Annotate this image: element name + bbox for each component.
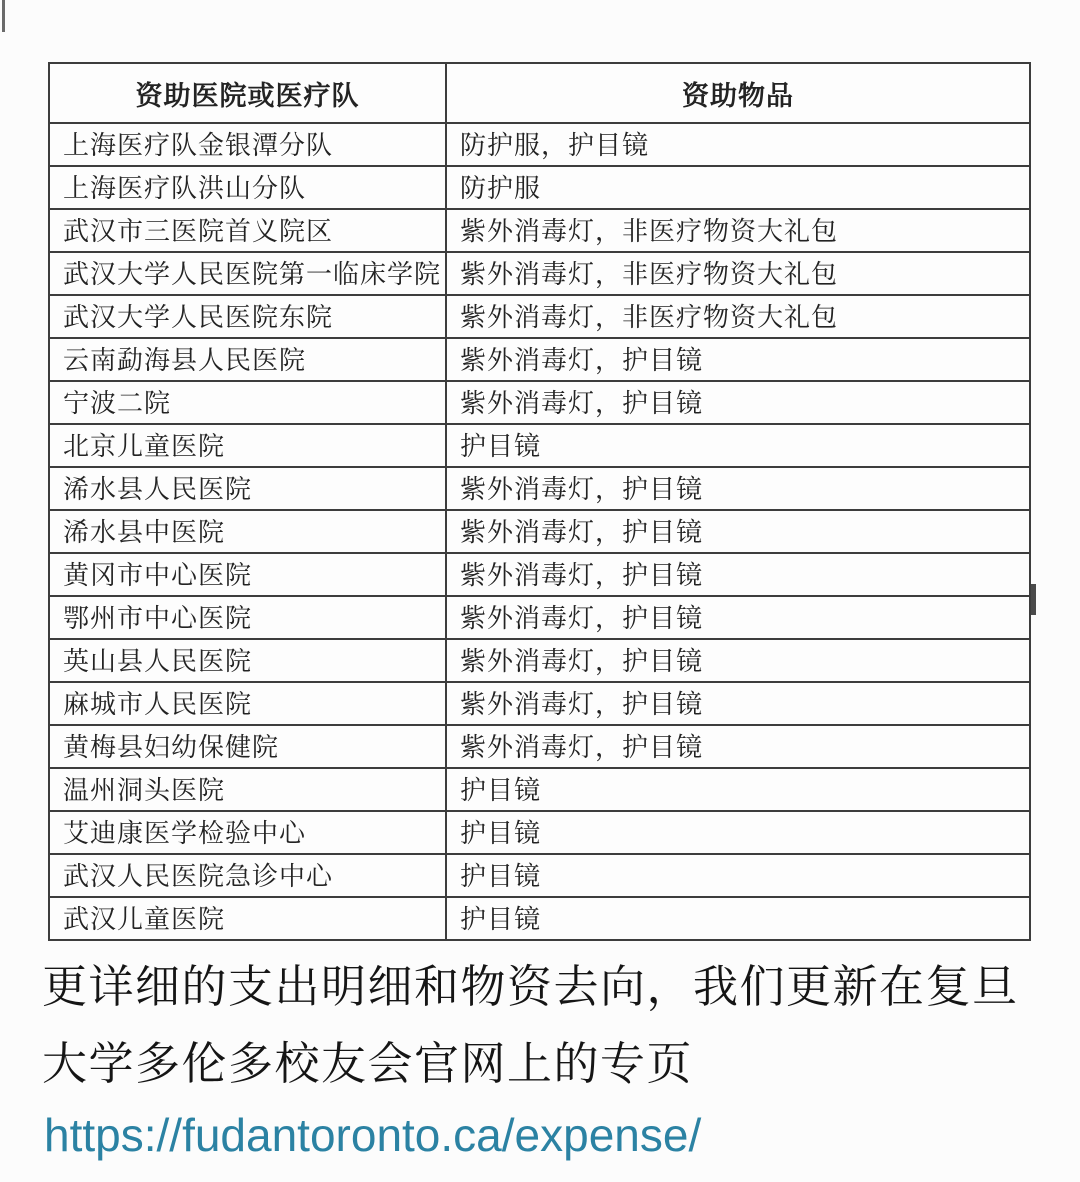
items-cell: 紫外消毒灯，护目镜: [446, 467, 1030, 510]
hospital-cell: 温州洞头医院: [49, 768, 446, 811]
items-cell: 紫外消毒灯，护目镜: [446, 725, 1030, 768]
items-cell: 护目镜: [446, 811, 1030, 854]
items-cell: 护目镜: [446, 424, 1030, 467]
items-cell: 护目镜: [446, 897, 1030, 940]
table-row: 浠水县人民医院紫外消毒灯，护目镜: [49, 467, 1030, 510]
items-cell: 紫外消毒灯，非医疗物资大礼包: [446, 209, 1030, 252]
table-row: 麻城市人民医院紫外消毒灯，护目镜: [49, 682, 1030, 725]
items-cell: 护目镜: [446, 854, 1030, 897]
header-items-column: 资助物品: [446, 63, 1030, 123]
hospital-cell: 黄冈市中心医院: [49, 553, 446, 596]
items-cell: 紫外消毒灯，护目镜: [446, 596, 1030, 639]
hospital-cell: 浠水县人民医院: [49, 467, 446, 510]
table-row: 上海医疗队洪山分队防护服: [49, 166, 1030, 209]
table-body: 上海医疗队金银潭分队防护服，护目镜上海医疗队洪山分队防护服武汉市三医院首义院区紫…: [49, 123, 1030, 940]
hospital-cell: 麻城市人民医院: [49, 682, 446, 725]
table-row: 黄梅县妇幼保健院紫外消毒灯，护目镜: [49, 725, 1030, 768]
table-row: 云南勐海县人民医院紫外消毒灯，护目镜: [49, 338, 1030, 381]
hospital-cell: 武汉大学人民医院东院: [49, 295, 446, 338]
hospital-cell: 宁波二院: [49, 381, 446, 424]
hospital-cell: 武汉市三医院首义院区: [49, 209, 446, 252]
header-hospital-column: 资助医院或医疗队: [49, 63, 446, 123]
items-cell: 紫外消毒灯，护目镜: [446, 510, 1030, 553]
items-cell: 紫外消毒灯，非医疗物资大礼包: [446, 295, 1030, 338]
items-cell: 紫外消毒灯，非医疗物资大礼包: [446, 252, 1030, 295]
items-cell: 紫外消毒灯，护目镜: [446, 338, 1030, 381]
expense-note-text: 更详细的支出明细和物资去向，我们更新在复旦大学多伦多校友会官网上的专页: [42, 948, 1050, 1102]
table-row: 浠水县中医院紫外消毒灯，护目镜: [49, 510, 1030, 553]
hospital-cell: 浠水县中医院: [49, 510, 446, 553]
hospital-cell: 云南勐海县人民医院: [49, 338, 446, 381]
table-row: 英山县人民医院紫外消毒灯，护目镜: [49, 639, 1030, 682]
hospital-cell: 英山县人民医院: [49, 639, 446, 682]
table-row: 温州洞头医院护目镜: [49, 768, 1030, 811]
table-row: 鄂州市中心医院紫外消毒灯，护目镜: [49, 596, 1030, 639]
hospital-cell: 北京儿童医院: [49, 424, 446, 467]
table-row: 武汉人民医院急诊中心护目镜: [49, 854, 1030, 897]
hospital-cell: 武汉人民医院急诊中心: [49, 854, 446, 897]
expense-page-link[interactable]: https://fudantoronto.ca/expense/: [44, 1108, 701, 1162]
table-row: 艾迪康医学检验中心护目镜: [49, 811, 1030, 854]
hospital-cell: 上海医疗队金银潭分队: [49, 123, 446, 166]
items-cell: 紫外消毒灯，护目镜: [446, 553, 1030, 596]
table-row: 宁波二院紫外消毒灯，护目镜: [49, 381, 1030, 424]
table-row: 武汉市三医院首义院区紫外消毒灯，非医疗物资大礼包: [49, 209, 1030, 252]
table-row: 北京儿童医院护目镜: [49, 424, 1030, 467]
items-cell: 防护服: [446, 166, 1030, 209]
items-cell: 防护服，护目镜: [446, 123, 1030, 166]
table-row: 武汉儿童医院护目镜: [49, 897, 1030, 940]
right-edge-mark: [1031, 584, 1036, 615]
hospital-cell: 艾迪康医学检验中心: [49, 811, 446, 854]
table-row: 武汉大学人民医院东院紫外消毒灯，非医疗物资大礼包: [49, 295, 1030, 338]
hospital-cell: 武汉大学人民医院第一临床学院: [49, 252, 446, 295]
table-row: 黄冈市中心医院紫外消毒灯，护目镜: [49, 553, 1030, 596]
items-cell: 紫外消毒灯，护目镜: [446, 639, 1030, 682]
items-cell: 紫外消毒灯，护目镜: [446, 381, 1030, 424]
hospital-cell: 黄梅县妇幼保健院: [49, 725, 446, 768]
table-row: 武汉大学人民医院第一临床学院紫外消毒灯，非医疗物资大礼包: [49, 252, 1030, 295]
donations-table: 资助医院或医疗队 资助物品 上海医疗队金银潭分队防护服，护目镜上海医疗队洪山分队…: [48, 62, 1031, 941]
table-row: 上海医疗队金银潭分队防护服，护目镜: [49, 123, 1030, 166]
left-edge-mark: [2, 0, 5, 32]
items-cell: 护目镜: [446, 768, 1030, 811]
hospital-cell: 鄂州市中心医院: [49, 596, 446, 639]
hospital-cell: 上海医疗队洪山分队: [49, 166, 446, 209]
items-cell: 紫外消毒灯，护目镜: [446, 682, 1030, 725]
hospital-cell: 武汉儿童医院: [49, 897, 446, 940]
table-header-row: 资助医院或医疗队 资助物品: [49, 63, 1030, 123]
